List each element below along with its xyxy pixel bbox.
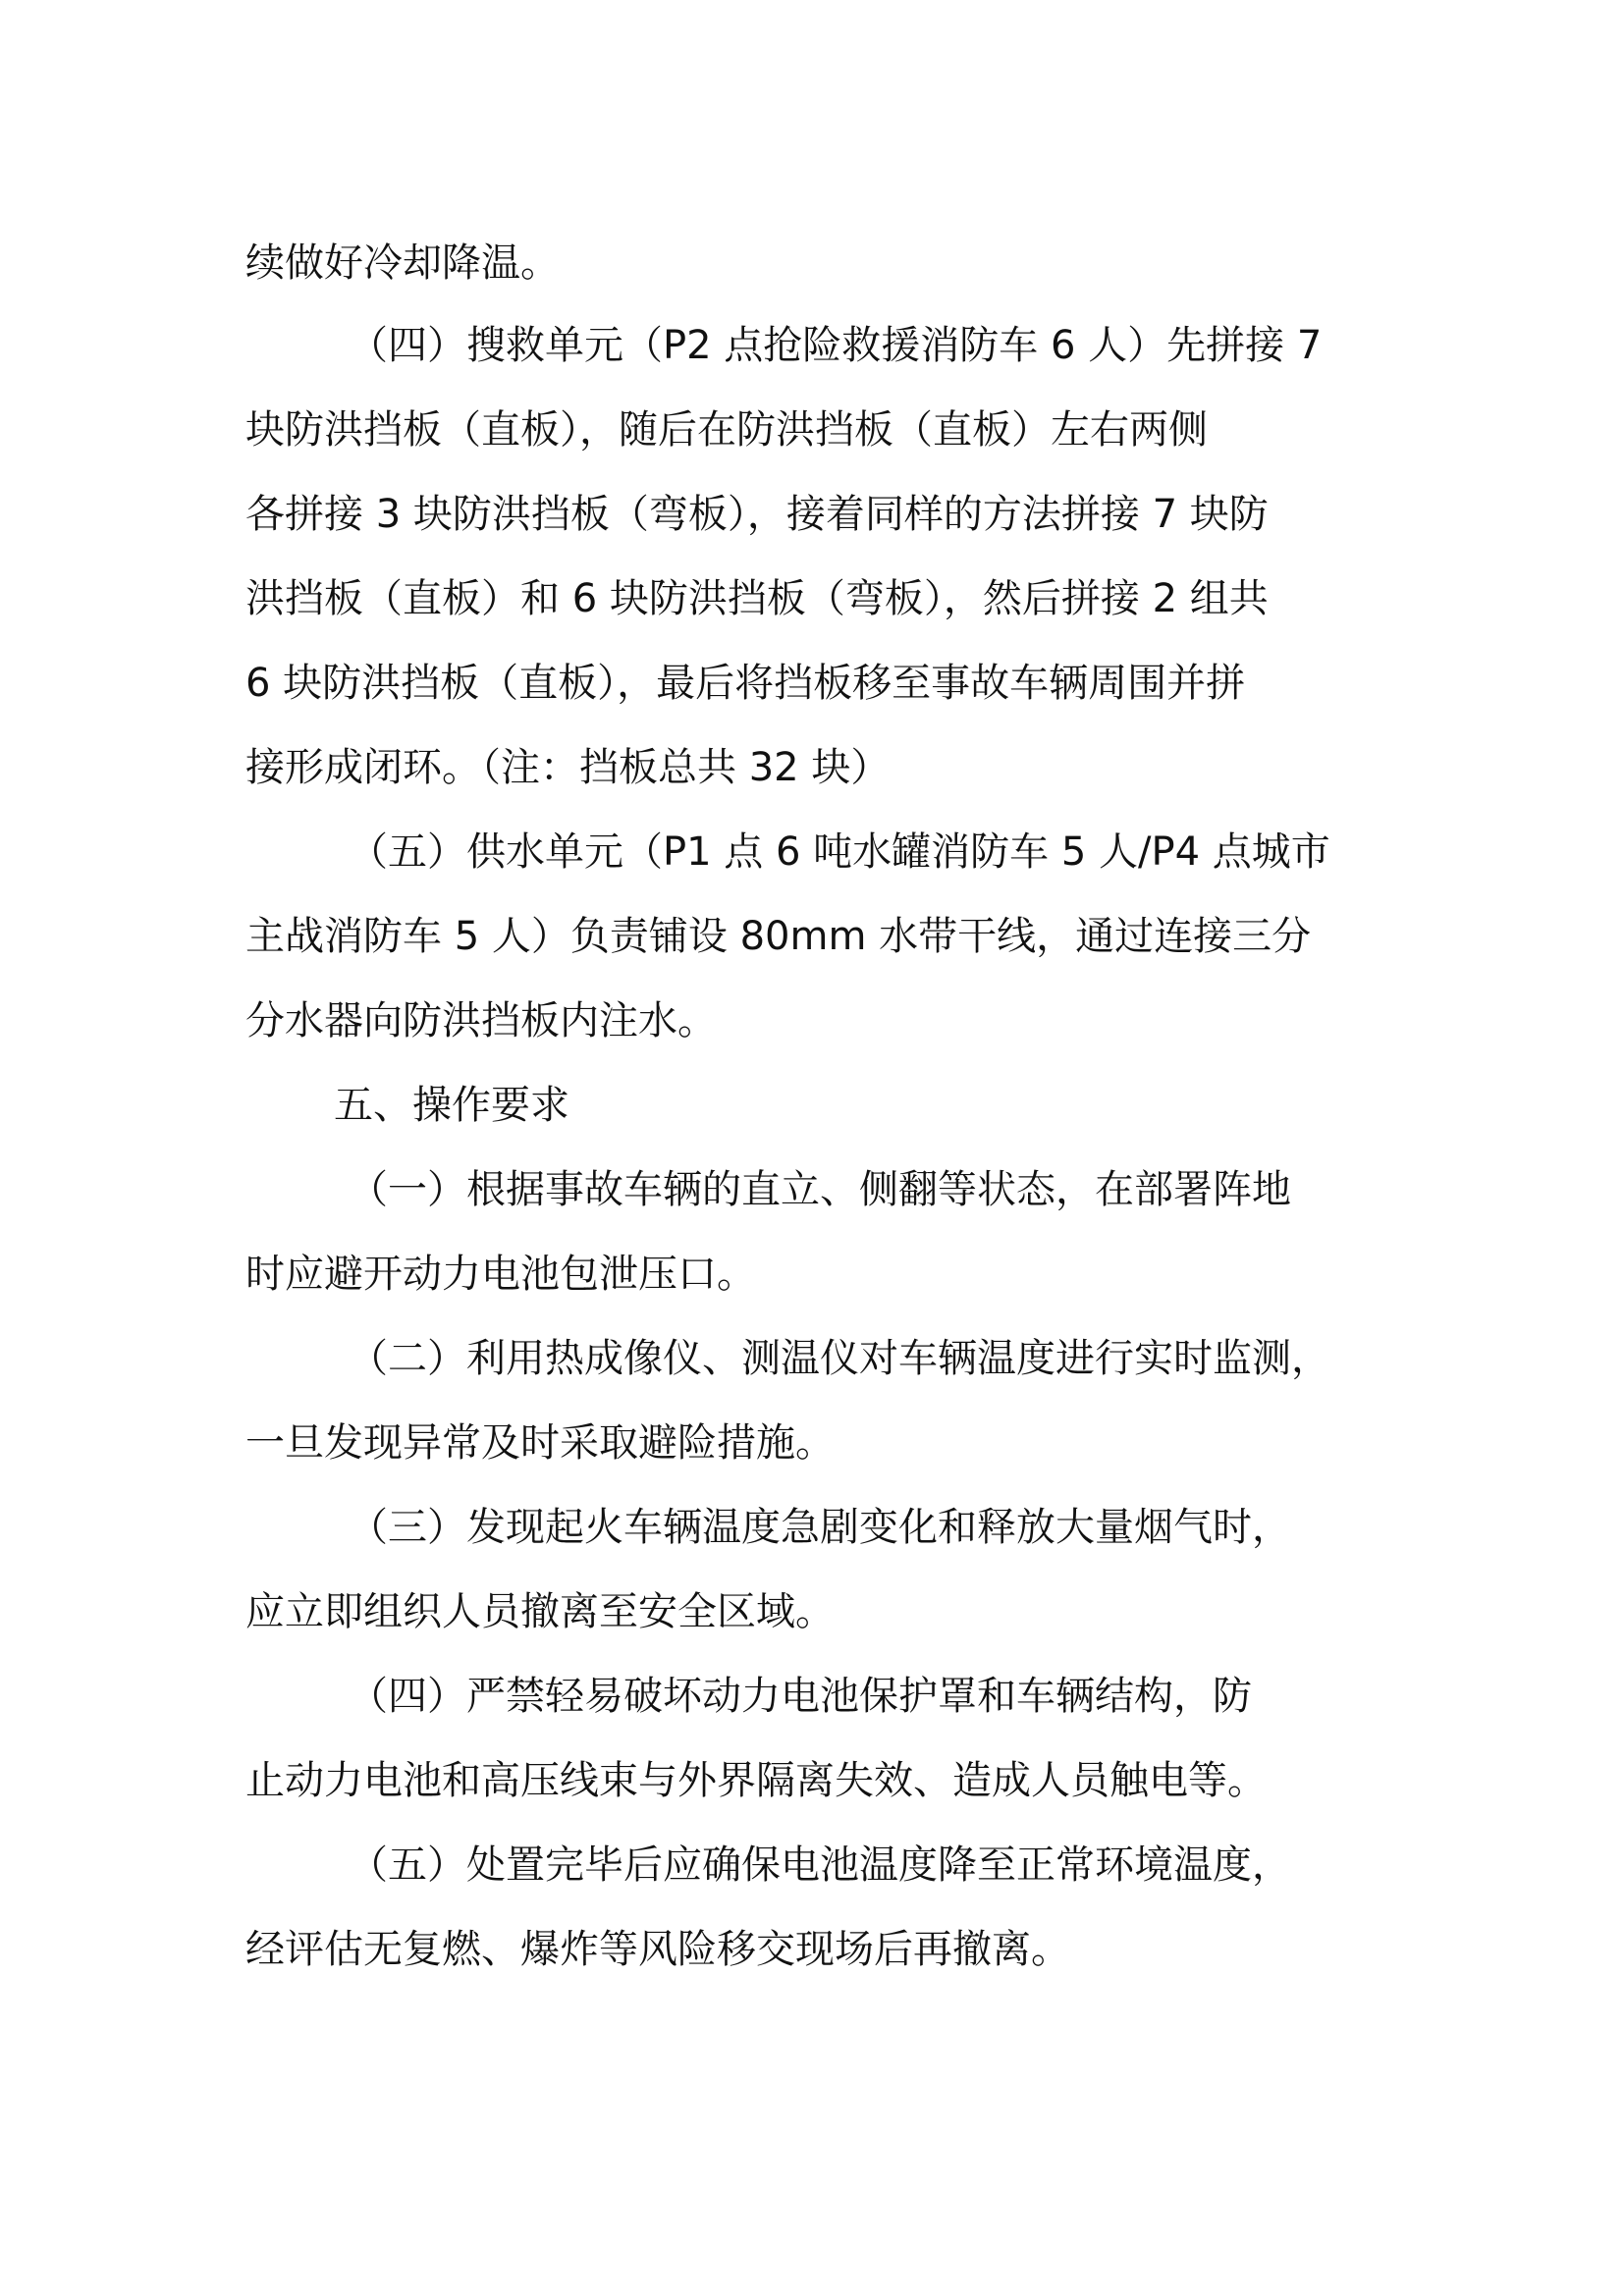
document-page: 续做好冷却降温。 （四）搜救单元（P2 点抢险救援消防车 6 人）先拼接 7 块… — [0, 0, 1623, 2296]
paragraph-line: 止动力电池和高压线束与外界隔离失效、造成人员触电等。 — [245, 1757, 1267, 1804]
paragraph-line: （五）供水单元（P1 点 6 吨水罐消防车 5 人/P4 点城市 — [349, 828, 1330, 876]
paragraph-line: （四）严禁轻易破坏动力电池保护罩和车辆结构，防 — [349, 1673, 1252, 1720]
paragraph-line: （一）根据事故车辆的直立、侧翻等状态，在部署阵地 — [349, 1166, 1291, 1213]
paragraph-line: （五）处置完毕后应确保电池温度降至正常环境温度， — [349, 1842, 1291, 1889]
paragraph-line: 接形成闭环。（注：挡板总共 32 块） — [245, 744, 890, 791]
paragraph-line: （二）利用热成像仪、测温仪对车辆温度进行实时监测， — [349, 1335, 1330, 1382]
paragraph-line: 续做好冷却降温。 — [245, 240, 560, 287]
paragraph-line: 块防洪挡板（直板），随后在防洪挡板（直板）左右两侧 — [245, 406, 1208, 454]
paragraph-line: 各拼接 3 块防洪挡板（弯板），接着同样的方法拼接 7 块防 — [245, 491, 1269, 538]
paragraph-line: 洪挡板（直板）和 6 块防洪挡板（弯板），然后拼接 2 组共 — [245, 575, 1269, 622]
paragraph-line: 经评估无复燃、爆炸等风险移交现场后再撤离。 — [245, 1926, 1070, 1973]
paragraph-line: 时应避开动力电池包泄压口。 — [245, 1251, 756, 1298]
paragraph-line: 主战消防车 5 人）负责铺设 80mm 水带干线，通过连接三分 — [245, 913, 1311, 960]
paragraph-line: （三）发现起火车辆温度急剧变化和释放大量烟气时， — [349, 1504, 1291, 1551]
section-heading: 五、操作要求 — [334, 1082, 569, 1129]
paragraph-line: 一旦发现异常及时采取避险措施。 — [245, 1419, 835, 1467]
paragraph-line: （四）搜救单元（P2 点抢险救援消防车 6 人）先拼接 7 — [349, 322, 1322, 369]
paragraph-line: 6 块防洪挡板（直板），最后将挡板移至事故车辆周围并拼 — [245, 660, 1245, 707]
paragraph-line: 分水器向防洪挡板内注水。 — [245, 997, 717, 1044]
paragraph-line: 应立即组织人员撤离至安全区域。 — [245, 1588, 835, 1635]
